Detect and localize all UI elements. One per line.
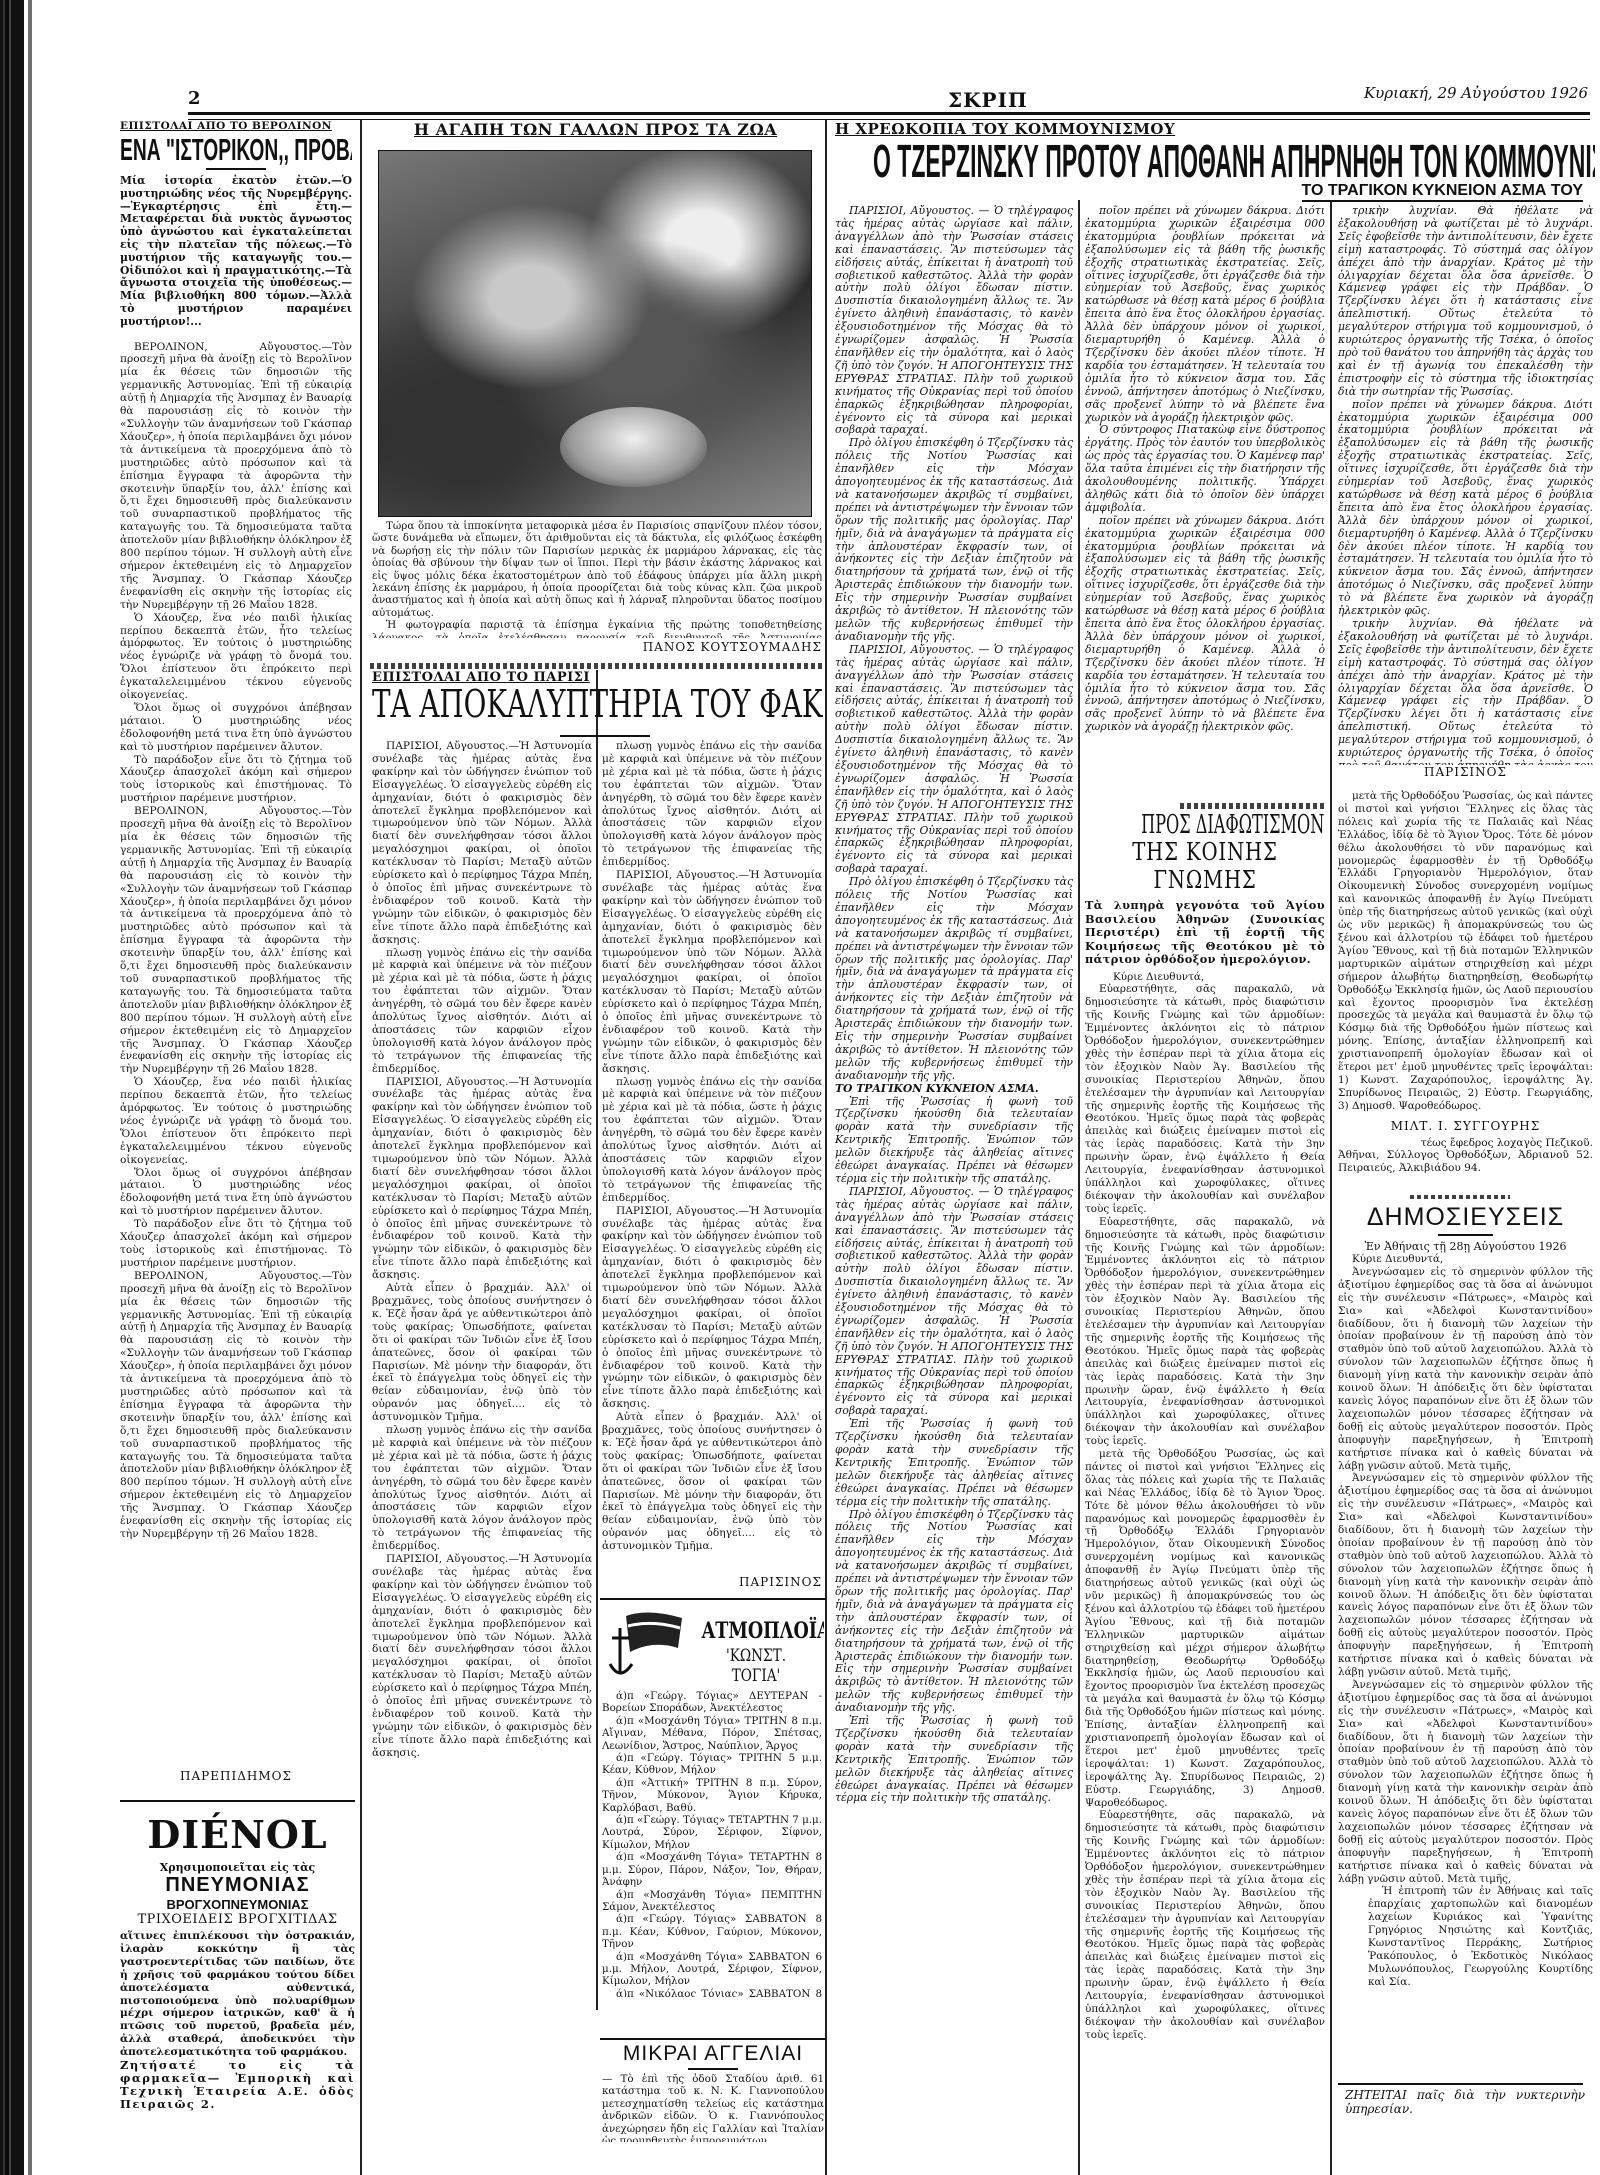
article-body: ποῖον πρέπει νὰ χύνωμεν δάκρυα. Διότι ἑκ… xyxy=(1085,205,1325,734)
article-headline: ΔΗΜΟΣΙΕΥΣΕΙΣ xyxy=(1338,1203,1593,1232)
paragraph: Τὸ παράδοξον εἶνε ὅτι τὸ ζήτημα τοῦ Χάου… xyxy=(120,754,352,806)
paragraph: ΠΑΡΙΣΙΟΙ, Αὔγουστος.—Ἡ Ἀστυνομία συνέλαβ… xyxy=(372,1076,592,1283)
paragraph: Ὁ Χάουζερ, ἕνα νέο παιδὶ ἡλικίας περίπου… xyxy=(120,612,352,702)
communism-col-2: ποῖον πρέπει νὰ χύνωμεν δάκρυα. Διότι ἑκ… xyxy=(1085,205,1325,770)
fakir-signature-wrap: ΠΑΡΙΣΙΝΟΣ xyxy=(602,1575,822,1595)
issue-date: Κυριακή, 29 Αὐγούστου 1926 xyxy=(1364,84,1588,102)
paragraph: Πρὸ ὀλίγου ἐπισκέφθη ὁ Τζερζίνσκυ τὰς πό… xyxy=(835,437,1073,644)
paragraph: μετὰ τῆς Ὀρθοδόξου Ῥωσσίας, ὡς καὶ πάντε… xyxy=(1338,790,1593,1113)
headline-wrap: Ο ΤΖΕΡΖΙΝΣΚΥ ΠΡΟΤΟΥ ΑΠΟΘΑΝΗ ΑΠΗΡΝΗΘΗ ΤΟΝ… xyxy=(873,138,1595,178)
paragraph: Ὅλοι ὅμως οἱ συγχρόνοι ἀπέβησαν μάταιοι.… xyxy=(120,702,352,754)
schedule-entry: ά)π «Ἀττική» ΤΡΙΤΗΝ 8 π.μ. Σύρον, Τῆνον,… xyxy=(602,1777,822,1814)
schedule-entry: ά)π «Γεώργ. Τόγιας» ΣΑΒΒΑΤΟΝ 8 π.μ. Κέαν… xyxy=(602,1913,822,1950)
paragraph: Αὐτὰ εἶπεν ὁ βραχμάν. Ἀλλ' οἱ βραχμᾶνες,… xyxy=(372,1282,592,1424)
paragraph: μετὰ τῆς Ὀρθοδόξου Ῥωσσίας, ὡς καὶ πάντε… xyxy=(1085,1448,1325,1809)
ad-dienol: DIÉNOL Χρησιμοποιεῖται εἰς τὰς ΠΝΕΥΜΟΝΙΑ… xyxy=(120,1808,355,2138)
paragraph: Ἐπὶ τῆς Ῥωσσίας ἡ φωνὴ τοῦ Τζερζίνσκυ ἠκ… xyxy=(835,1715,1073,1805)
paragraph: Ἀνεγνώσαμεν εἰς τὸ σημερινὸν φύλλον τῆς … xyxy=(1338,1266,1593,1473)
article-headline: ΤΑ ΑΠΟΚΑΛΥΠΤΗΡΙΑ ΤΟΥ ΦΑΚΙΡΙΣΜΟΥ xyxy=(372,685,702,723)
article-signature: ΠΑΡΕΠΙΔΗΜΟΣ xyxy=(120,1769,352,1783)
communism-col-1: ΠΑΡΙΣΙΟΙ, Αὔγουστος. — Ὁ τηλέγραφος τὰς … xyxy=(835,205,1073,2175)
schedule-entry: ά)π «Γεώργ. Τόγιας» ΤΡΙΤΗΝ 5 μ.μ. Κέαν, … xyxy=(602,1752,822,1777)
article-calendar: ΠΡΟΣ ΔΙΑΦΩΤΙΣΜΟΝ ΤΗΣ ΚΟΙΝΗΣ ΓΝΩΜΗΣ Τὰ λυ… xyxy=(1085,812,1325,2175)
calendar-col-2: μετὰ τῆς Ὀρθοδόξου Ῥωσσίας, ὡς καὶ πάντε… xyxy=(1338,790,1593,1190)
paragraph: Πρὸ ὀλίγου ἐπισκέφθη ὁ Τζερζίνσκυ τὰς πό… xyxy=(835,1509,1073,1716)
section-heading: ΤΟ ΤΡΑΓΙΚΟΝ ΚΥΚΝΕΙΟΝ ΑΣΜΑ. xyxy=(835,1083,1073,1096)
section-divider xyxy=(120,1800,355,1802)
ad-subtitle: 'ΚΩΝΣΤ. ΤΟΓΙΑ' xyxy=(702,1646,811,1686)
article-body: ΠΑΡΙΣΙΟΙ, Αὔγουστος.—Ἡ Ἀστυνομία συνέλαβ… xyxy=(372,740,592,1760)
article-headline: ΤΗΣ ΚΟΙΝΗΣ ΓΝΩΜΗΣ xyxy=(1107,838,1304,894)
headline-underline xyxy=(560,735,650,737)
salutation: Κύριε Διευθυντά, xyxy=(1085,971,1325,984)
ad-shipping: ΑΤΜΟΠΛΟΪΑ 'ΚΩΝΣΤ. ΤΟΓΙΑ' ά)π «Γεώργ. Τόγ… xyxy=(602,1602,824,1997)
photo-caption: Τώρα ὅπου τὰ ἱπποκίνητα μεταφορικὰ μέσα … xyxy=(372,520,822,638)
paragraph: Ἐπὶ τῆς Ῥωσσίας ἡ φωνὴ τοῦ Τζερζίνσκυ ἠκ… xyxy=(835,1418,1073,1508)
column-divider xyxy=(360,120,362,2175)
paragraph: Ἡ ἐπιτροπὴ τῶν ἐν Ἀθήναις καὶ ταῖς ἐπαρχ… xyxy=(1338,1885,1593,1988)
paragraph: ΠΑΡΙΣΙΟΙ, Αὔγουστος. — Ὁ τηλέγραφος τὰς … xyxy=(835,1186,1073,1418)
article-headline: ΕΝΑ "ΙΣΤΟΡΙΚΟΝ,, ΠΡΟΒΛΗΜΑ· xyxy=(120,134,264,165)
wavy-divider xyxy=(1410,1195,1510,1199)
article-body: πλωσῃ γυμνὸς ἐπάνω εἰς τὴν σανίδα μὲ καρ… xyxy=(602,740,822,1553)
masthead-rule xyxy=(188,112,1590,120)
paragraph: ΠΑΡΙΣΙΟΙ, Αὔγουστος.—Ἡ Ἀστυνομία συνέλαβ… xyxy=(602,1205,822,1412)
article-summary: Μία ἱστορία ἑκατὸν ἐτῶν.—Ὁ μυστηριώδης ν… xyxy=(120,175,352,329)
article-signature: ΠΑΡΙΣΙΝΟΣ xyxy=(1338,765,1593,779)
letter-dateline: Ἐν Ἀθήναις τῇ 28ῃ Αὐγούστου 1926 xyxy=(1338,1240,1593,1253)
paragraph: ΠΑΡΙΣΙΟΙ, Αὔγουστος. — Ὁ τηλέγραφος τὰς … xyxy=(835,644,1073,876)
binding-shadow xyxy=(28,0,32,2175)
article-body: μετὰ τῆς Ὀρθοδόξου Ῥωσσίας, ὡς καὶ πάντε… xyxy=(1338,790,1593,1113)
paragraph: ΠΑΡΙΣΙΟΙ, Αὔγουστος. — Ὁ τηλέγραφος τὰς … xyxy=(835,205,1073,437)
classifieds: ΜΙΚΡΑΙ ΑΓΓΕΛΙΑΙ — Τὸ ἐπὶ τῆς ὁδοῦ Σταδίο… xyxy=(602,2042,824,2142)
ad-line-bronchitis: ΤΡΙΧΟΕΙΔΕΙΣ ΒΡΟΓΧΙΤΙΔΑΣ xyxy=(120,1912,355,1927)
caption-text: Τώρα ὅπου τὰ ἱπποκίνητα μεταφορικὰ μέσα … xyxy=(372,520,822,638)
section-divider xyxy=(600,2038,825,2040)
schedule-entry: ά)π «Γεώργ. Τόγιας» ΔΕΥΤΕΡΑΝ - Βορείων Σ… xyxy=(602,1690,822,1715)
paragraph: Αὐτὰ εἶπεν ὁ βραχμάν. Ἀλλ' οἱ βραχμᾶνες,… xyxy=(602,1411,822,1553)
paragraph: ποῖον πρέπει νὰ χύνωμεν δάκρυα. Διότι ἑκ… xyxy=(1085,205,1325,424)
article-headline: Ο ΤΖΕΡΖΙΝΣΚΥ ΠΡΟΤΟΥ ΑΠΟΘΑΝΗ ΑΠΗΡΝΗΘΗ ΤΟΝ… xyxy=(873,138,1234,184)
paragraph: Εὐαρεστήθητε, σᾶς παρακαλῶ, νὰ δημοσιεύσ… xyxy=(1085,1216,1325,1448)
headline-wrap: ΠΡΟΣ ΔΙΑΦΩΤΙΣΜΟΝ xyxy=(1085,812,1325,838)
column-divider xyxy=(1078,200,1080,2175)
article-signature: ΠΑΝΟΣ ΚΟΥΤΣΟΥΜΑΔΗΣ xyxy=(560,640,822,654)
column-divider xyxy=(825,120,827,2175)
ad-title: ΑΤΜΟΠΛΟΪΑ xyxy=(702,1618,811,1644)
ad-title-wrap: ΑΤΜΟΠΛΟΪΑ 'ΚΩΝΣΤ. ΤΟΓΙΑ' xyxy=(688,1618,824,1686)
scanned-binding-edge xyxy=(0,0,24,2175)
schedule-list: ά)π «Γεώργ. Τόγιας» ΔΕΥΤΕΡΑΝ - Βορείων Σ… xyxy=(602,1690,822,1997)
ad-body: αἵτινες ἐπιπλέκουσι τὴν ὀστρακιάν, ἰλαρὰ… xyxy=(120,1930,355,2059)
schedule-entry: ά)π «Γεώργ. Τόγιας» ΤΕΤΑΡΤΗΝ 7 μ.μ. Λουτ… xyxy=(602,1814,822,1851)
headline-wrap: ΕΝΑ "ΙΣΤΟΡΙΚΟΝ,, ΠΡΟΒΛΗΜΑ· xyxy=(120,134,352,164)
wavy-divider xyxy=(1180,803,1325,809)
berlin-signature-wrap: ΠΑΡΕΠΙΔΗΜΟΣ xyxy=(120,1765,352,1795)
wanted-text: ΖΗΤΕΙΤΑΙ παῖς διὰ τὴν νυκτερινὴν ὑπηρεσί… xyxy=(1345,2088,1585,2116)
article-kicker: ΕΠΙΣΤΟΛΑΙ ΑΠΟ ΤΟ ΒΕΡΟΛΙΝΟΝ xyxy=(120,120,352,132)
article-headline: Η ΑΓΑΠΗ ΤΩΝ ΓΑΛΛΩΝ ΠΡΟΣ ΤΑ ΖΩΑ xyxy=(368,120,823,139)
headline-underline xyxy=(1438,1234,1493,1236)
article-body: τρικὴν λυχνίαν. Θὰ ἠθέλατε νὰ ἐξακολουθή… xyxy=(1338,205,1593,765)
marble-basin xyxy=(560,407,707,487)
photo-horse-fountain xyxy=(378,150,812,517)
paragraph: πλωσῃ γυμνὸς ἐπάνω εἰς τὴν σανίδα μὲ καρ… xyxy=(602,1076,822,1205)
article-body: Κύριε Διευθυντά, Εὐαρεστήθητε, σᾶς παρακ… xyxy=(1085,971,1325,2042)
paragraph: Ὅλοι ὅμως οἱ συγχρόνοι ἀπέβησαν μάταιοι.… xyxy=(120,1167,352,1219)
article-fakir-header: ΕΠΙΣΤΟΛΑΙ ΑΠΟ ΤΟ ΠΑΡΙΣΙ ΤΑ ΑΠΟΚΑΛΥΠΤΗΡΙΑ… xyxy=(372,670,824,730)
paragraph: Εὐαρεστήθητε, σᾶς παρακαλῶ, νὰ δημοσιεύσ… xyxy=(1085,983,1325,1215)
article-subhead: Τὰ λυπηρὰ γεγονότα τοῦ Ἁγίου Βασιλείου Ἀ… xyxy=(1085,899,1325,967)
paragraph: Τὸ παράδοξον εἶνε ὅτι τὸ ζήτημα τοῦ Χάου… xyxy=(120,1218,352,1270)
fakir-col-1: ΠΑΡΙΣΙΟΙ, Αὔγουστος.—Ἡ Ἀστυνομία συνέλαβ… xyxy=(372,740,592,2010)
paragraph: ΒΕΡΟΛΙΝΟΝ, Αὔγουστος.—Τὸν προσεχῆ μῆνα θ… xyxy=(120,1270,352,1541)
paragraph: πλωσῃ γυμνὸς ἐπάνω εἰς τὴν σανίδα μὲ καρ… xyxy=(602,740,822,869)
column-divider xyxy=(1330,200,1332,2175)
article-berlin: ΕΠΙΣΤΟΛΑΙ ΑΠΟ ΤΟ ΒΕΡΟΛΙΝΟΝ ΕΝΑ "ΙΣΤΟΡΙΚΟ… xyxy=(120,120,352,1800)
ad-intro: Χρησιμοποιεῖται εἰς τὰς xyxy=(120,1861,355,1874)
article-signature: ΠΑΡΙΣΙΝΟΣ xyxy=(602,1575,822,1589)
schedule-entry: ά)π «Μοσχάνθη Τόγια» ΣΑΒΒΑΤΟΝ 6 μ.μ. Μήλ… xyxy=(602,1951,822,1988)
schedule-entry: ά)π «Νικόλαος Τόγιας» ΣΑΒΒΑΤΟΝ 8 μ.μ. Σύ… xyxy=(602,1988,822,1997)
title-underline xyxy=(688,2068,738,2070)
section-divider xyxy=(600,1598,825,1600)
animals-signature-wrap: ΠΑΝΟΣ ΚΟΥΤΣΟΥΜΑΔΗΣ xyxy=(560,640,822,660)
signature-title: τέως ἔφεδρος λοχαγὸς Πεζικοῦ. xyxy=(1338,1137,1593,1149)
wavy-divider xyxy=(370,663,825,669)
article-communism-header: Η ΧΡΕΩΚΟΠΙΑ ΤΟΥ ΚΟΜΜΟΥΝΙΣΜΟΥ Ο ΤΖΕΡΖΙΝΣΚ… xyxy=(835,120,1595,202)
article-body: ΠΑΡΙΣΙΟΙ, Αὔγουστος. — Ὁ τηλέγραφος τὰς … xyxy=(835,205,1073,1805)
paragraph: πλωσῃ γυμνὸς ἐπάνω εἰς τὴν σανίδα μὲ καρ… xyxy=(372,947,592,1076)
caption-paragraph: Τώρα ὅπου τὰ ἱπποκίνητα μεταφορικὰ μέσα … xyxy=(372,520,822,619)
paragraph: ποῖον πρέπει νὰ χύνωμεν δάκρυα. Διότι ἑκ… xyxy=(1338,399,1593,618)
communism-col-3: τρικὴν λυχνίαν. Θὰ ἠθέλατε νὰ ἐξακολουθή… xyxy=(1338,205,1593,765)
paragraph: Εὐαρεστήθητε, σᾶς παρακαλῶ, νὰ δημοσιεύσ… xyxy=(1085,1809,1325,2041)
anchor-flag-icon xyxy=(608,1608,686,1686)
paragraph: τρικὴν λυχνίαν. Θὰ ἠθέλατε νὰ ἐξακολουθή… xyxy=(1338,205,1593,399)
paragraph: ΒΕΡΟΛΙΝΟΝ, Αὔγουστος.—Τὸν προσεχῆ μῆνα θ… xyxy=(120,805,352,1076)
paragraph: Ἐπὶ τῆς Ῥωσσίας ἡ φωνὴ τοῦ Τζερζίνσκυ ἠκ… xyxy=(835,1096,1073,1186)
signature-address: Ἀθῆναι, Σύλλογος Ὀρθοδόξων, Ἀδριανοῦ 52.… xyxy=(1338,1149,1593,1175)
classifieds-title: ΜΙΚΡΑΙ ΑΓΓΕΛΙΑΙ xyxy=(602,2042,824,2066)
paragraph: Πρὸ ὀλίγου ἐπισκέφθη ὁ Τζερζίνσκυ τὰς πό… xyxy=(835,876,1073,1083)
schedule-entry: ά)π «Μοσχάνθη Τόγια» ΤΡΙΤΗΝ 8 π.μ. Αἴγιν… xyxy=(602,1715,822,1752)
wanted-notice: ΖΗΤΕΙΤΑΙ παῖς διὰ τὴν νυκτερινὴν ὑπηρεσί… xyxy=(1345,2088,1585,2128)
column-divider xyxy=(596,670,598,2010)
ad-footer: Ζητήσατέ το εἰς τὰ φαρμακεῖα— Ἐμπορικὴ κ… xyxy=(120,2059,355,2111)
paragraph: τρικὴν λυχνίαν. Θὰ ἠθέλατε νὰ ἐξακολουθή… xyxy=(1338,618,1593,765)
paragraph: πλωσῃ γυμνὸς ἐπάνω εἰς τὴν σανίδα μὲ καρ… xyxy=(372,1424,592,1553)
article-subhead: ΤΟ ΤΡΑΓΙΚΟΝ ΚΥΚΝΕΙΟΝ ΑΣΜΑ ΤΟΥ xyxy=(1302,182,1583,202)
article-body: ΒΕΡΟΛΙΝΟΝ, Αὔγουστος.—Τὸν προσεχῆ μῆνα θ… xyxy=(120,341,352,1541)
classified-entry: — Τὸ ἐπὶ τῆς ὁδοῦ Σταδίου ἀριθ. 61 κατάσ… xyxy=(602,2073,824,2142)
paragraph: Ὁ Χάουζερ, ἕνα νέο παιδὶ ἡλικίας περίπου… xyxy=(120,1076,352,1166)
caption-paragraph: Ἡ φωτογραφία παριστᾷ τὰ ἐπίσημα ἐγκαίνια… xyxy=(372,619,822,638)
headline-wrap: ΤΑ ΑΠΟΚΑΛΥΠΤΗΡΙΑ ΤΟΥ ΦΑΚΙΡΙΣΜΟΥ xyxy=(372,685,824,719)
ad-line-bronchopneumonia: ΒΡΟΓΧΟΠΝΕΥΜΟΝΙΑΣ xyxy=(120,1897,355,1912)
letter-signature: ΜΙΛΤ. Ι. ΣΥΓΓΟΥΡΗΣ xyxy=(1338,1119,1593,1133)
section-divider xyxy=(1338,2083,1583,2085)
paragraph: Ὁ σύντροφος Πιατακὼφ εἶνε δύστροπος ἐργά… xyxy=(1085,424,1325,514)
ad-line-pneumonia: ΠΝΕΥΜΟΝΙΑΣ xyxy=(120,1874,355,1897)
paragraph: ΠΑΡΙΣΙΟΙ, Αὔγουστος.—Ἡ Ἀστυνομία συνέλαβ… xyxy=(602,869,822,1076)
page-number: 2 xyxy=(188,88,201,109)
paragraph: ποῖον πρέπει νὰ χύνωμεν δάκρυα. Διότι ἑκ… xyxy=(1085,515,1325,734)
salutation: Κύριε Διευθυντά, xyxy=(1338,1253,1593,1266)
article-body: Κύριε Διευθυντά, Ἀνεγνώσαμεν εἰς τὸ σημε… xyxy=(1338,1253,1593,1989)
paragraph: Ἀνεγνώσαμεν εἰς τὸ σημερινὸν φύλλον τῆς … xyxy=(1338,1472,1593,1679)
article-publications: ΔΗΜΟΣΙΕΥΣΕΙΣ Ἐν Ἀθήναις τῇ 28ῃ Αὐγούστου… xyxy=(1338,1203,1593,2063)
paragraph: ΠΑΡΙΣΙΟΙ, Αὔγουστος.—Ἡ Ἀστυνομία συνέλαβ… xyxy=(372,740,592,947)
ad-brand: DIÉNOL xyxy=(120,1812,355,1857)
masthead: 2 ΣΚΡΙΠ Κυριακή, 29 Αὐγούστου 1926 xyxy=(188,88,1600,108)
article-kicker: ΠΡΟΣ ΔΙΑΦΩΤΙΣΜΟΝ xyxy=(1141,812,1324,838)
headline-underline xyxy=(206,168,266,170)
schedule-entry: ά)π «Μοσχάνθη Τόγια» ΠΕΜΠΤΗΝ Σάμον, Ἀνεκ… xyxy=(602,1889,822,1914)
paragraph: ΒΕΡΟΛΙΝΟΝ, Αὔγουστος.—Τὸν προσεχῆ μῆνα θ… xyxy=(120,341,352,612)
newspaper-name: ΣΚΡΙΠ xyxy=(948,88,1028,112)
communism-signature-wrap: ΠΑΡΙΣΙΝΟΣ xyxy=(1338,765,1593,785)
fakir-col-2: πλωσῃ γυμνὸς ἐπάνω εἰς τὴν σανίδα μὲ καρ… xyxy=(602,740,822,1575)
schedule-entry: ά)π «Μοσχάνθη Τόγια» ΤΕΤΑΡΤΗΝ 8 μ.μ. Σύρ… xyxy=(602,1851,822,1888)
paragraph: Ἀνεγνώσαμεν εἰς τὸ σημερινὸν φύλλον τῆς … xyxy=(1338,1679,1593,1886)
paragraph: ΠΑΡΙΣΙΟΙ, Αὔγουστος.—Ἡ Ἀστυνομία συνέλαβ… xyxy=(372,1553,592,1760)
